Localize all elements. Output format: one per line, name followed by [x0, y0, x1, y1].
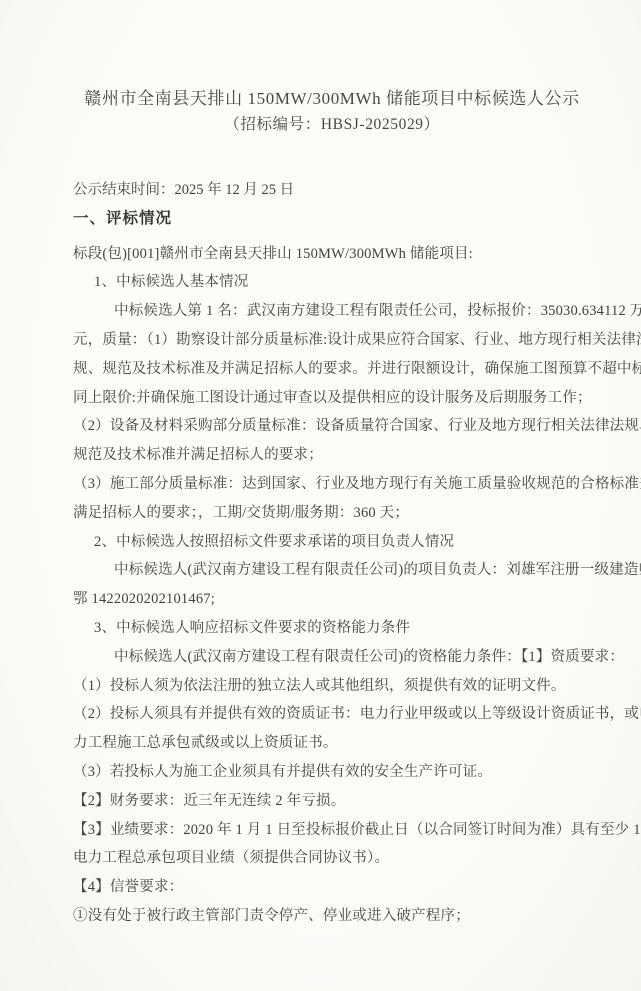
doc-line: 电力工程总承包项目业绩（须提供合同协议书）。: [73, 844, 591, 873]
doc-line-project-manager: 中标候选人(武汉南方建设工程有限责任公司)的项目负责人：刘雄军注册一级建造师: [73, 556, 591, 585]
doc-line-qualification: 中标候选人(武汉南方建设工程有限责任公司)的资格能力条件：【1】资质要求：: [73, 643, 591, 672]
doc-line: 力工程施工总承包贰级或以上资质证书。: [73, 729, 591, 758]
doc-subtitle-tender-number: （招标编号：HBSJ-2025029）: [73, 112, 591, 138]
doc-line-reputation-req: 【4】信誉要求：: [73, 873, 591, 902]
doc-line-finance-req: 【2】财务要求：近三年无连续 2 年亏损。: [73, 787, 591, 816]
doc-line-candidate-1: 中标候选人第 1 名：武汉南方建设工程有限责任公司，投标报价：35030.634…: [73, 297, 591, 326]
doc-line: 规、规范及技术标准及并满足招标人的要求。并进行限额设计，确保施工图预算不超中标合: [73, 355, 591, 384]
doc-line: 满足招标人的要求；，工期/交货期/服务期：360 天；: [73, 499, 591, 528]
doc-line-performance-req: 【3】业绩要求：2020 年 1 月 1 日至投标报价截止日（以合同签订时间为准…: [73, 816, 591, 845]
document-content: 赣州市全南县天排山 150MW/300MWh 储能项目中标候选人公示 （招标编号…: [0, 0, 641, 931]
publicity-end-time: 公示结束时间：2025 年 12 月 25 日: [73, 176, 591, 205]
document-page: 赣州市全南县天排山 150MW/300MWh 储能项目中标候选人公示 （招标编号…: [0, 0, 641, 991]
doc-line-section-lot: 标段(包)[001]赣州市全南县天排山 150MW/300MWh 储能项目:: [73, 240, 591, 269]
doc-line-item-2: 2、中标候选人按照招标文件要求承诺的项目负责人情况: [73, 528, 591, 557]
doc-line-license-number: 鄂 1422020202101467;: [73, 585, 591, 614]
doc-line: 规范及技术标准并满足招标人的要求；: [73, 441, 591, 470]
doc-line: （2）设备及材料采购部分质量标准：设备质量符合国家、行业及地方现行相关法律法规、: [73, 412, 591, 441]
doc-line: （3）若投标人为施工企业须具有并提供有效的安全生产许可证。: [73, 758, 591, 787]
doc-line: （2）投标人须具有并提供有效的资质证书：电力行业甲级或以上等级设计资质证书，或电: [73, 700, 591, 729]
section-heading-evaluation: 一、评标情况: [73, 205, 591, 234]
doc-line-item-1: 1、中标候选人基本情况: [73, 268, 591, 297]
doc-line: 元，质量：（1）勘察设计部分质量标准:设计成果应符合国家、行业、地方现行相关法律…: [73, 326, 591, 355]
doc-line: 同上限价:并确保施工图设计通过审查以及提供相应的设计服务及后期服务工作；: [73, 384, 591, 413]
doc-line: （1）投标人须为依法注册的独立法人或其他组织，须提供有效的证明文件。: [73, 672, 591, 701]
doc-line: ①没有处于被行政主管部门责令停产、停业或进入破产程序；: [73, 902, 591, 931]
doc-line: （3）施工部分质量标准：达到国家、行业及地方现行有关施工质量验收规范的合格标准并: [73, 470, 591, 499]
doc-title: 赣州市全南县天排山 150MW/300MWh 储能项目中标候选人公示: [73, 86, 591, 112]
doc-line-item-3: 3、中标候选人响应招标文件要求的资格能力条件: [73, 614, 591, 643]
